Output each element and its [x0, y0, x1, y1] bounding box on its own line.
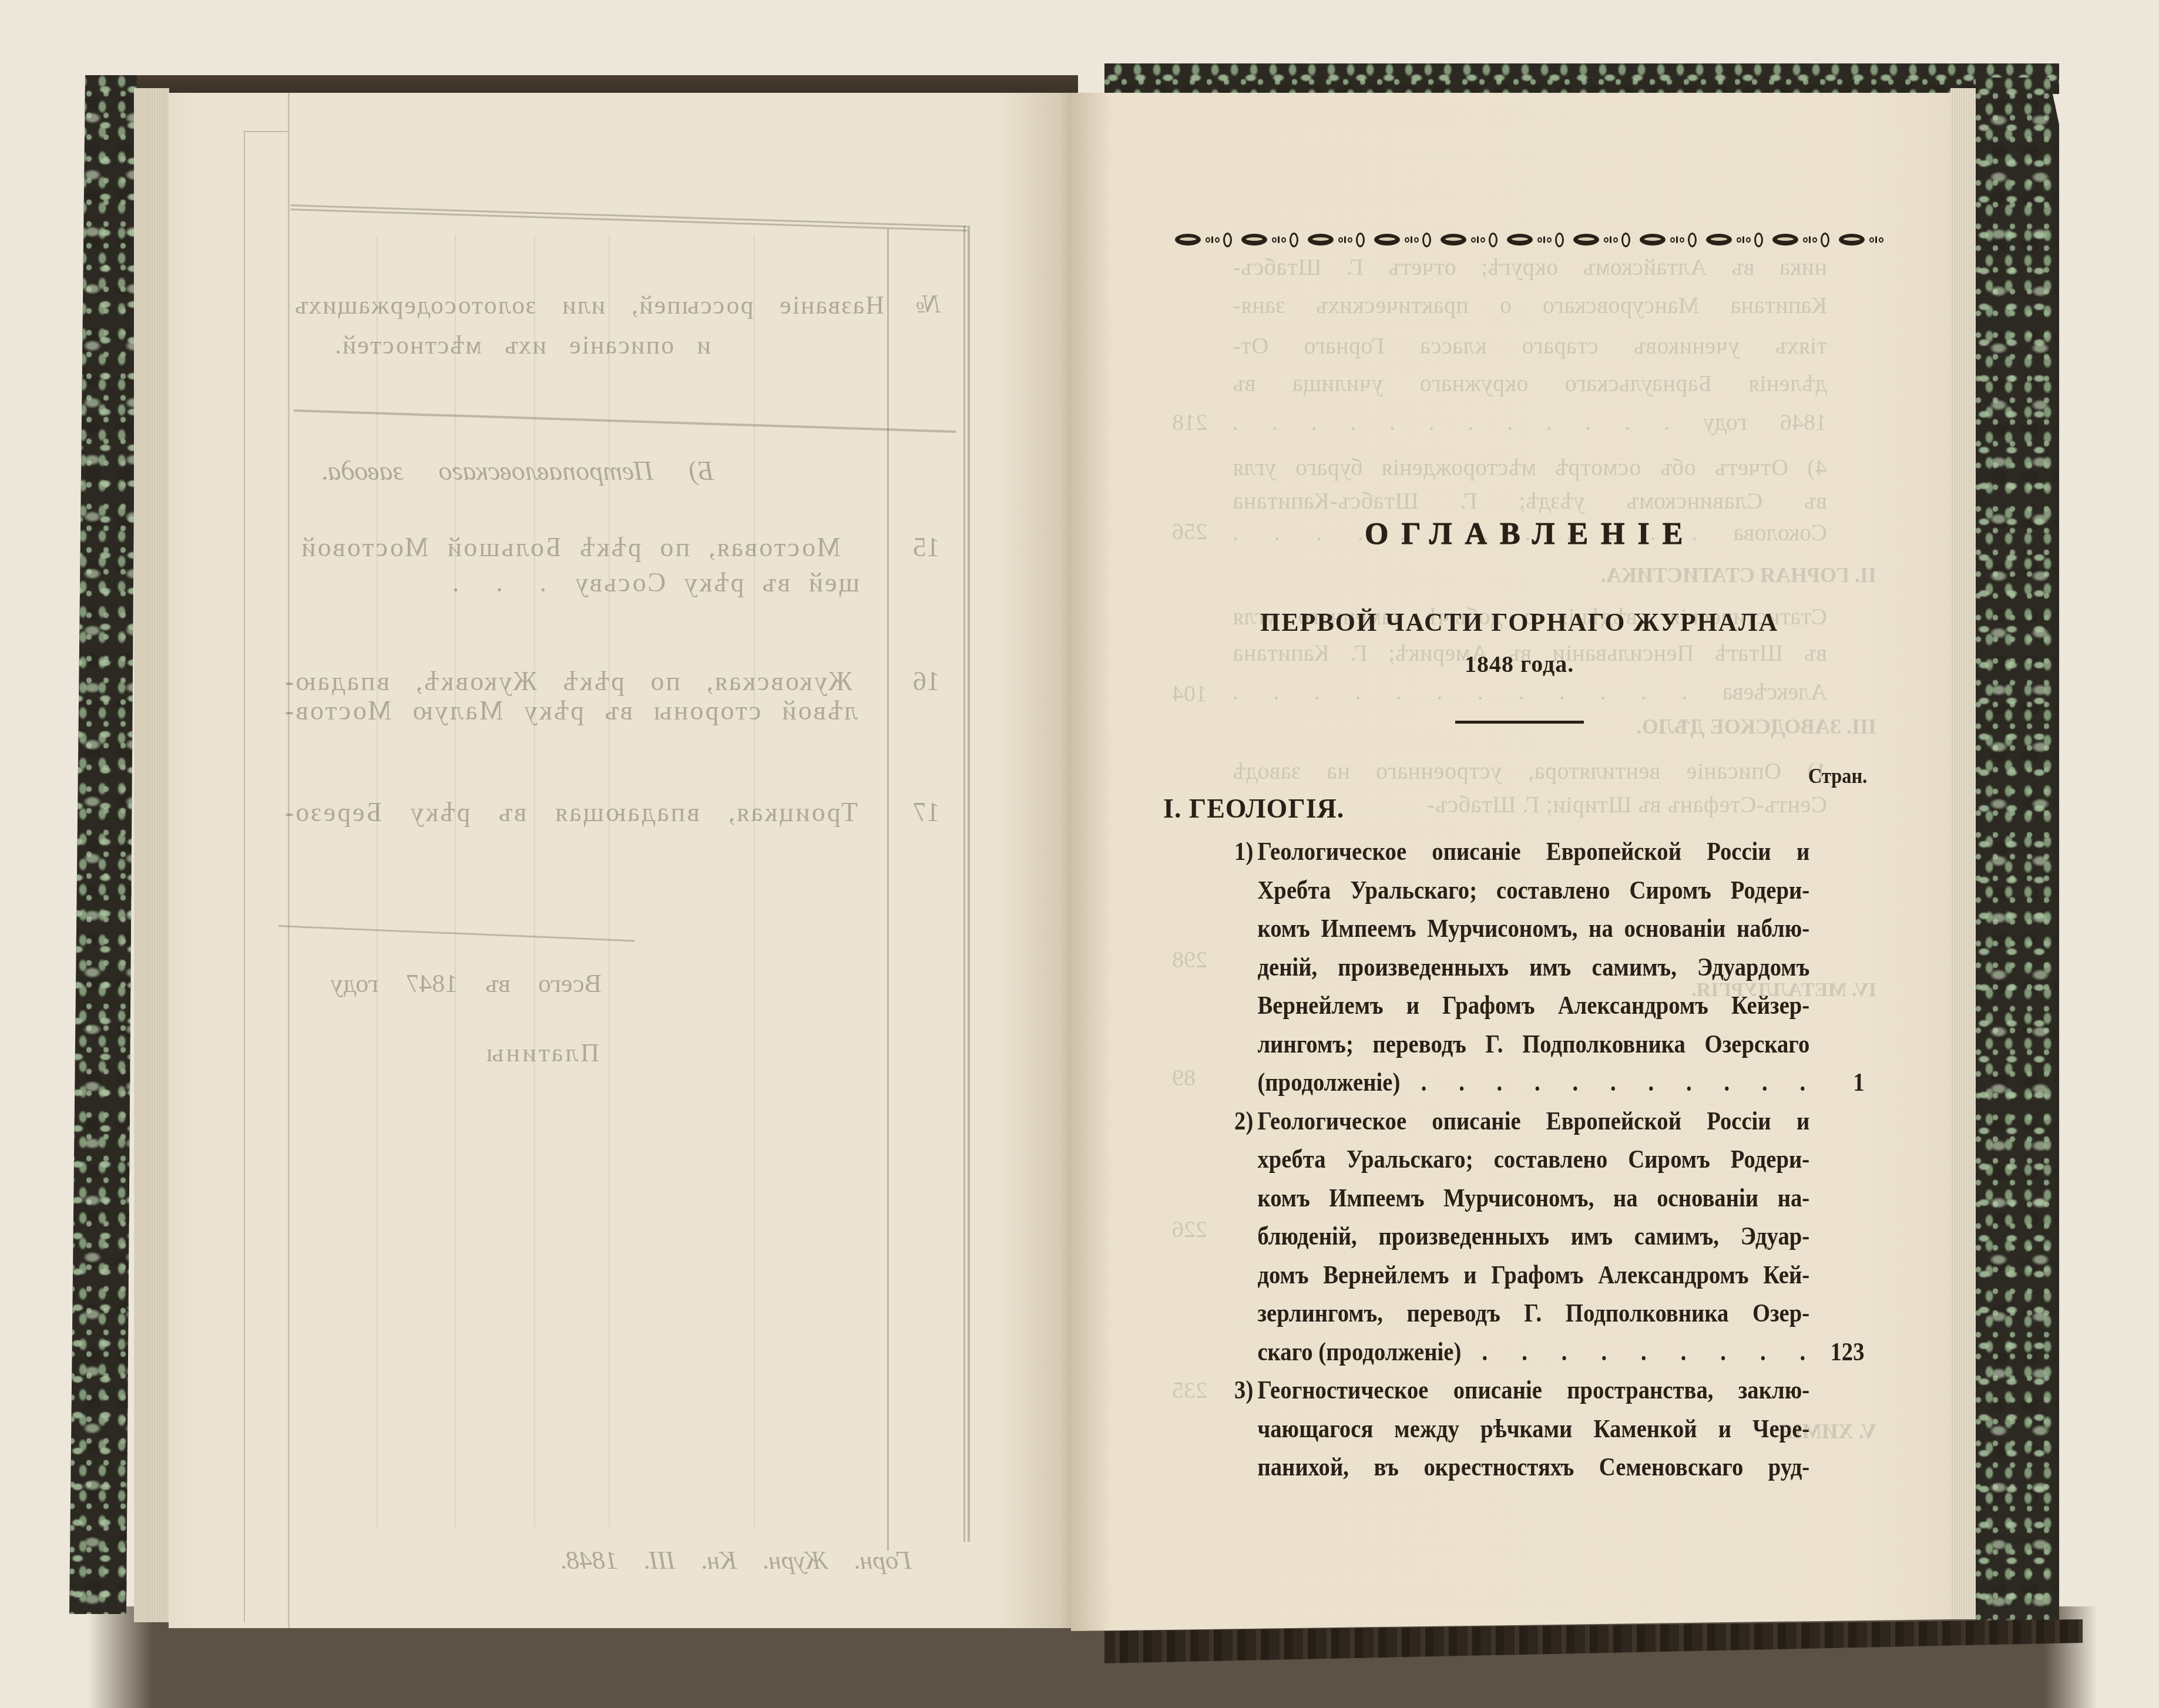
- left-cover: [69, 75, 137, 1614]
- entry-text: деній, произведенныхъ имъ самимъ, Эдуард…: [1257, 948, 1809, 987]
- left-page-edges: [134, 88, 169, 1622]
- bleed-table-col-rule: [754, 235, 755, 1527]
- ornament-unit: [1640, 234, 1706, 248]
- ornament-bar-icon: [1211, 236, 1213, 243]
- entry-number: 3): [1216, 1371, 1257, 1410]
- page-title: ОГЛАВЛЕНІЕ: [1365, 517, 1729, 552]
- bleed-page-number: 89: [1172, 1064, 1219, 1092]
- toc-line: 3)Геогностическое описаніе пространства,…: [1216, 1371, 1865, 1410]
- bleed-row-line: Мостовая, по рѣкѣ Большой Мостовой: [300, 531, 841, 563]
- toc-line: хребта Уральскаго; составлено Сиромъ Род…: [1216, 1140, 1865, 1179]
- ornament-ring-icon: [1754, 233, 1763, 247]
- toc-line-with-page: (продолженіе). . . . . . . . . . .1: [1216, 1063, 1865, 1102]
- ornament-dot-icon: [1869, 237, 1874, 243]
- ornament-unit: [1175, 234, 1241, 248]
- ornament-lens-icon: [1308, 234, 1334, 246]
- tipped-stub-top: [244, 131, 288, 132]
- ornament-ring-icon: [1356, 233, 1365, 247]
- entry-number-empty: [1216, 1063, 1257, 1102]
- ornament-dot-icon: [1414, 237, 1419, 243]
- bleed-section-heading: II. ГОРНАЯ СТАТИСТИКА.: [1469, 563, 1876, 588]
- bleed-page-number: 298: [1172, 946, 1219, 974]
- ornament-unit: [1839, 234, 1905, 248]
- left-page: [169, 93, 1075, 1628]
- toc-line: комъ Импеемъ Мурчисономъ, на основаніи н…: [1216, 909, 1865, 948]
- bleed-row-line: лѣвой стороны въ рѣку Малую Мостов-: [283, 694, 858, 727]
- entry-number: 1): [1216, 832, 1257, 871]
- section-heading: I. ГЕОЛОГІЯ.: [1163, 794, 1375, 823]
- ornament-dot-icon: [1206, 237, 1210, 243]
- ornament-dot-icon: [1746, 237, 1751, 243]
- ornament-dot-icon: [1281, 237, 1286, 243]
- ornament-ring-icon: [1223, 233, 1232, 247]
- toc-line: 2)Геологическое описаніе Европейской Рос…: [1216, 1102, 1865, 1141]
- entry-number-empty: [1216, 1217, 1257, 1256]
- bleed-row-line: Жуковская, по рѣкѣ Жуковкѣ, впадаю-: [283, 665, 852, 697]
- ornament-ring-icon: [1688, 233, 1697, 247]
- bleed-platinum-label: Платины: [485, 1038, 599, 1069]
- bleed-footer-signature: Горн. Журн. Кн. III. 1848.: [560, 1545, 912, 1576]
- entry-number-empty: [1216, 1294, 1257, 1333]
- entry-text: комъ Импеемъ Мурчисономъ, на основаніи н…: [1257, 1179, 1809, 1218]
- ornament-unit: [1507, 234, 1573, 248]
- ornament-bar-icon: [1809, 236, 1811, 243]
- bleed-line: 1846 году . . . . . . . . . . . .: [1233, 408, 1827, 436]
- ornament-lens-icon: [1175, 234, 1201, 246]
- ornament-dot-icon: [1338, 237, 1343, 243]
- ornament-bar-icon: [1344, 236, 1346, 243]
- bleed-name-col-header-2: и описаніе ихъ мѣстностей.: [334, 330, 711, 361]
- ornament-dot-icon: [1215, 237, 1220, 243]
- ornament-unit: [1772, 234, 1839, 248]
- ornament-dot-icon: [1272, 237, 1277, 243]
- entry-text: панихой, въ окрестностяхъ Семеновскаго р…: [1257, 1448, 1809, 1487]
- bleed-row-number: 16: [902, 665, 940, 697]
- bleed-row-number: 17: [902, 796, 940, 828]
- right-cover: [1976, 78, 2059, 1643]
- ornament-lens-icon: [1640, 234, 1666, 246]
- bleed-line: въ Славинскомъ уѣздѣ; Г. Штабсъ-Капитана: [1233, 487, 1827, 515]
- entry-text: Хребта Уральскаго; составлено Сиромъ Род…: [1257, 871, 1809, 910]
- ornament-bar-icon: [1742, 236, 1744, 243]
- bleed-page-number: 226: [1172, 1215, 1219, 1243]
- ornament-lens-icon: [1441, 234, 1466, 246]
- entry-text: скаго (продолженіе): [1257, 1333, 1461, 1371]
- entry-text: Геогностическое описаніе пространства, з…: [1257, 1371, 1809, 1410]
- toc-body: 1)Геологическое описаніе Европейской Рос…: [1216, 832, 1865, 1487]
- entry-text: Вернейлемъ и Графомъ Александромъ Кейзер…: [1257, 986, 1809, 1025]
- bleed-row-line: Троицкая, впадающая въ рѣку Березо-: [283, 796, 858, 828]
- bleed-row-number: 15: [902, 531, 940, 563]
- bleed-line: Алексѣева . . . . . . . . . . . .: [1233, 678, 1827, 706]
- page-number: 123: [1808, 1333, 1864, 1371]
- ornament-dot-icon: [1405, 237, 1409, 243]
- bleed-row-leader: . . .: [452, 566, 546, 599]
- gutter-shadow-left: [999, 93, 1071, 1628]
- entry-text: Геологическое описаніе Европейской Россі…: [1257, 832, 1809, 871]
- bleed-line: 1) Описаніе вентилятора, устроеннаго на …: [1233, 757, 1827, 785]
- bleed-total-label: Всего въ 1847 году: [330, 969, 602, 1000]
- toc-line: домъ Вернейлемъ и Графомъ Александромъ К…: [1216, 1256, 1865, 1295]
- fold-line: [288, 93, 290, 1628]
- ornament-lens-icon: [1507, 234, 1533, 246]
- head-band-right: [1104, 63, 2059, 94]
- bleed-number-col-header: №: [905, 289, 940, 320]
- ornament-bar-icon: [1610, 236, 1611, 243]
- entry-number-empty: [1216, 1256, 1257, 1295]
- toc-line-with-page: скаго (продолженіе). . . . . . . . .123: [1216, 1333, 1865, 1371]
- entry-text: Геологическое описаніе Европейской Россі…: [1257, 1102, 1809, 1141]
- leader-line: скаго (продолженіе). . . . . . . . .123: [1257, 1333, 1864, 1371]
- ornament-bar-icon: [1543, 236, 1545, 243]
- ornament-dot-icon: [1879, 237, 1883, 243]
- dot-leader: . . . . . . . . . . .: [1421, 1063, 1806, 1102]
- toc-line: деній, произведенныхъ имъ самимъ, Эдуард…: [1216, 948, 1865, 987]
- ornament-unit: [1441, 234, 1507, 248]
- ornament-dot-icon: [1348, 237, 1352, 243]
- ornament-dot-icon: [1812, 237, 1817, 243]
- entry-number-empty: [1216, 1448, 1257, 1487]
- entry-text: хребта Уральскаго; составлено Сиромъ Род…: [1257, 1140, 1809, 1179]
- bleed-table-col-rule: [455, 235, 456, 1527]
- leader-line: (продолженіе). . . . . . . . . . .1: [1257, 1063, 1864, 1102]
- ornament-unit: [1573, 234, 1640, 248]
- bleed-page-number: 104: [1172, 680, 1219, 708]
- bleed-page-number: 256: [1172, 517, 1219, 546]
- tipped-stub-edge: [244, 131, 245, 1622]
- ornament-dot-icon: [1670, 237, 1675, 243]
- bleed-line: тіяхъ учениковъ стараго класса Горнаго О…: [1233, 332, 1827, 360]
- ornament-ring-icon: [1422, 233, 1431, 247]
- ornament-dot-icon: [1547, 237, 1552, 243]
- entry-number: 2): [1216, 1102, 1257, 1141]
- bleed-line: дѣленія Барнаульскаго окружнаго училища …: [1233, 369, 1827, 398]
- ornament-dot-icon: [1737, 237, 1741, 243]
- ornament-bar-icon: [1278, 236, 1280, 243]
- bleed-table-number-col-rule: [887, 229, 889, 1551]
- bleed-line: Капитана Мансуровскаго о практическихъ з…: [1233, 291, 1827, 320]
- entry-number-empty: [1216, 1025, 1257, 1064]
- ornament-ring-icon: [1489, 233, 1497, 247]
- ornament-unit: [1706, 234, 1772, 248]
- ornament-bar-icon: [1411, 236, 1412, 243]
- ornament-lens-icon: [1241, 234, 1267, 246]
- bleed-line: ника въ Алтайскомъ округѣ; отчетъ Г. Шта…: [1233, 253, 1827, 281]
- title-rule: [1455, 721, 1584, 724]
- bleed-table-right-rule: [963, 226, 970, 1542]
- entry-number-empty: [1216, 909, 1257, 948]
- ornament-dot-icon: [1480, 237, 1485, 243]
- ornament-ring-icon: [1555, 233, 1564, 247]
- page-column-label: Стран.: [1808, 764, 1877, 788]
- ornament-ring-icon: [1621, 233, 1630, 247]
- bleed-table-col-rule: [609, 235, 610, 1527]
- bleed-page-number: 235: [1172, 1376, 1219, 1404]
- toc-line: блюденій, произведенныхъ имъ самимъ, Эду…: [1216, 1217, 1865, 1256]
- ornament-lens-icon: [1706, 234, 1732, 246]
- entry-text: комъ Импеемъ Мурчисономъ, на основаніи н…: [1257, 909, 1809, 948]
- bleed-table-col-rule: [377, 235, 378, 1527]
- right-page-edges: [1950, 88, 1976, 1619]
- gutter-shadow-right: [1071, 93, 1112, 1631]
- entry-text: (продолженіе): [1257, 1063, 1400, 1102]
- ornament-dot-icon: [1537, 237, 1542, 243]
- ornament-ring-icon: [1290, 233, 1298, 247]
- entry-text: лингомъ; переводъ Г. Подполковника Озерс…: [1257, 1025, 1809, 1064]
- ornament-dot-icon: [1803, 237, 1808, 243]
- ornament-rule: [1175, 234, 1880, 248]
- toc-line: 1)Геологическое описаніе Европейской Рос…: [1216, 832, 1865, 871]
- entry-number-empty: [1216, 1140, 1257, 1179]
- entry-number-empty: [1216, 948, 1257, 987]
- ornament-unit: [1241, 234, 1308, 248]
- bleed-section-heading: III. ЗАВОДСКОЕ ДѢЛО.: [1469, 714, 1876, 739]
- page-number: 1: [1808, 1063, 1864, 1102]
- ornament-dot-icon: [1680, 237, 1684, 243]
- ornament-unit: [1374, 234, 1441, 248]
- entry-text: домъ Вернейлемъ и Графомъ Александромъ К…: [1257, 1256, 1809, 1295]
- toc-line: лингомъ; переводъ Г. Подполковника Озерс…: [1216, 1025, 1865, 1064]
- ornament-bar-icon: [1477, 236, 1479, 243]
- page-subtitle: ПЕРВОЙ ЧАСТИ ГОРНАГО ЖУРНАЛА: [1260, 608, 1789, 637]
- entry-number-empty: [1216, 871, 1257, 910]
- ornament-ring-icon: [1821, 233, 1829, 247]
- entry-number-empty: [1216, 1410, 1257, 1448]
- ornament-unit: [1308, 234, 1374, 248]
- ornament-bar-icon: [1676, 236, 1678, 243]
- toc-line: Хребта Уральскаго; составлено Сиромъ Род…: [1216, 871, 1865, 910]
- bleed-row-line: щей въ рѣку Сосьву: [573, 566, 859, 599]
- ornament-dot-icon: [1604, 237, 1609, 243]
- toc-line: панихой, въ окрестностяхъ Семеновскаго р…: [1216, 1448, 1865, 1487]
- toc-line: Вернейлемъ и Графомъ Александромъ Кейзер…: [1216, 986, 1865, 1025]
- bleed-table-col-rule: [534, 235, 535, 1527]
- entry-number-empty: [1216, 1179, 1257, 1218]
- entry-number-empty: [1216, 1333, 1257, 1371]
- entry-text: зерлингомъ, переводъ Г. Подполковника Оз…: [1257, 1294, 1809, 1333]
- toc-line: чающагося между рѣчками Каменкой и Чере-: [1216, 1410, 1865, 1448]
- bleed-line: 4) Отчетъ объ осмотрѣ мѣсторожденія бура…: [1233, 453, 1827, 482]
- toc-line: зерлингомъ, переводъ Г. Подполковника Оз…: [1216, 1294, 1865, 1333]
- ornament-dot-icon: [1613, 237, 1618, 243]
- dot-leader: . . . . . . . . .: [1482, 1333, 1806, 1371]
- entry-text: блюденій, произведенныхъ имъ самимъ, Эду…: [1257, 1217, 1809, 1256]
- head-band-left: [85, 75, 1078, 94]
- ornament-lens-icon: [1374, 234, 1400, 246]
- ornament-lens-icon: [1839, 234, 1865, 246]
- ornament-bar-icon: [1875, 236, 1877, 243]
- ornament-dot-icon: [1471, 237, 1476, 243]
- toc-line: комъ Импеемъ Мурчисономъ, на основаніи н…: [1216, 1179, 1865, 1218]
- bleed-page-number: 218: [1172, 408, 1219, 436]
- entry-number-empty: [1216, 986, 1257, 1025]
- year-label: 1848 года.: [1465, 651, 1594, 678]
- ornament-lens-icon: [1573, 234, 1599, 246]
- ornament-lens-icon: [1772, 234, 1798, 246]
- entry-text: чающагося между рѣчками Каменкой и Чере-: [1257, 1410, 1809, 1448]
- bleed-name-col-header-1: Названіе россыпей, или золотосодержащихъ: [294, 290, 884, 321]
- bleed-group-heading: Б) Петропавловскаго завода.: [321, 455, 714, 487]
